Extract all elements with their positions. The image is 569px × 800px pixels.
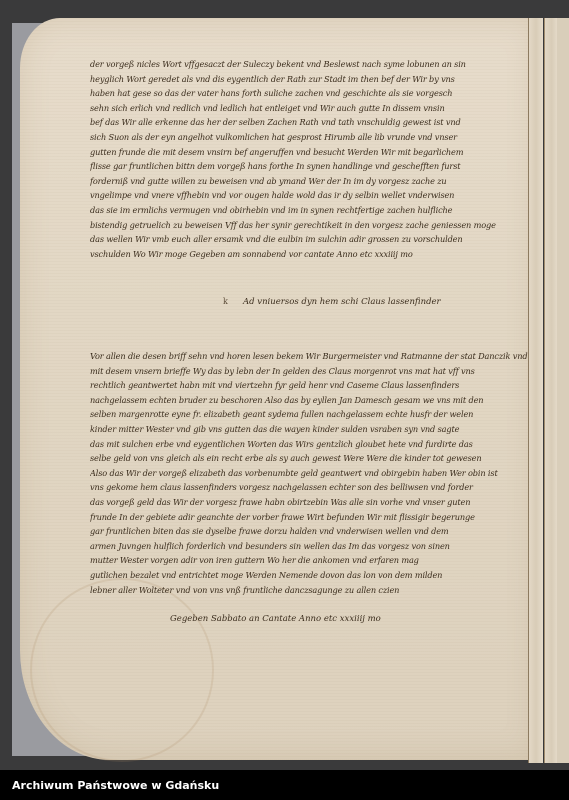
dating-clause: Gegeben Sabbato an Cantate Anno etc xxxi… xyxy=(170,614,381,624)
text-line: das wellen Wir vmb euch aller ersamk vnd… xyxy=(90,232,530,247)
page-fold xyxy=(528,18,543,763)
text-line: das sie im ermlichs vermugen vnd obirheb… xyxy=(90,203,530,218)
text-line: frunde In der gebiete adir geanchte der … xyxy=(90,510,530,525)
text-line: mutter Wester vorgen adir von iren gutte… xyxy=(90,553,530,568)
text-line: vns gekome hem claus lassenfinders vorge… xyxy=(90,480,530,495)
text-line: Vor allen die desen briff sehn vnd horen… xyxy=(90,349,530,364)
text-line: gutten frunde die mit desem vnsirn bef a… xyxy=(90,145,530,160)
text-line: haben hat gese so das der vater hans for… xyxy=(90,86,530,101)
text-line: heyglich Wort geredet als vnd dis eygent… xyxy=(90,72,530,87)
text-line: bef das Wir alle erkenne das her der sel… xyxy=(90,115,530,130)
page-fold xyxy=(557,18,569,763)
letter-two-text: Vor allen die desen briff sehn vnd horen… xyxy=(90,349,530,597)
text-line: das vorgeß geld das Wir der vorgesz fraw… xyxy=(90,495,530,510)
page-fold xyxy=(544,18,558,763)
address-line: Ad vniuersos dyn hem schi Claus lassenfi… xyxy=(243,297,441,307)
text-line: sehn sich erlich vnd redlich vnd ledlich… xyxy=(90,101,530,116)
text-line: forderniß vnd gutte willen zu beweisen v… xyxy=(90,174,530,189)
image-viewer[interactable]: der vorgeß nicles Wort vffgesaczt der Su… xyxy=(0,0,569,770)
footer-bar: Archiwum Państwowe w Gdańsku xyxy=(0,770,569,800)
text-line: nachgelassem echten bruder zu beschoren … xyxy=(90,393,530,408)
text-line: selbe geld von vns gleich als ein recht … xyxy=(90,451,530,466)
text-line: der vorgeß nicles Wort vffgesaczt der Su… xyxy=(90,57,530,72)
text-line: bistendig getruelich zu beweisen Vff das… xyxy=(90,218,530,233)
text-line: sich Suon als der eyn angelhot vulkomlic… xyxy=(90,130,530,145)
text-line: gar fruntlichen biten das sie dyselbe fr… xyxy=(90,524,530,539)
archive-name: Archiwum Państwowe w Gdańsku xyxy=(12,779,219,792)
water-stain xyxy=(30,578,214,762)
text-line: vschulden Wo Wir moge Gegeben am sonnabe… xyxy=(90,247,530,262)
text-line: vngelimpe vnd vnere vffhebin vnd vor oug… xyxy=(90,188,530,203)
text-line: selben margenrotte eyne fr. elizabeth ge… xyxy=(90,407,530,422)
text-line: das mit sulchen erbe vnd eygentlichen Wo… xyxy=(90,437,530,452)
text-line: gutlichen bezalet vnd entrichtet moge We… xyxy=(90,568,530,583)
text-line: flisse gar fruntlichen bittn dem vorgeß … xyxy=(90,159,530,174)
text-line: armen Juvngen hulflich forderlich vnd be… xyxy=(90,539,530,554)
text-line: rechtlich geantwertet habn mit vnd viert… xyxy=(90,378,530,393)
text-line: kinder mitter Wester vnd gib vns gutten … xyxy=(90,422,530,437)
letter-one-text: der vorgeß nicles Wort vffgesaczt der Su… xyxy=(90,57,530,261)
text-line: Also das Wir der vorgeß elizabeth das vo… xyxy=(90,466,530,481)
text-line: lebner aller Wolteter vnd von vns vnß fr… xyxy=(90,583,530,598)
text-line: mit desem vnsern brieffe Wy das by lebn … xyxy=(90,364,530,379)
margin-marker: k xyxy=(223,297,228,306)
